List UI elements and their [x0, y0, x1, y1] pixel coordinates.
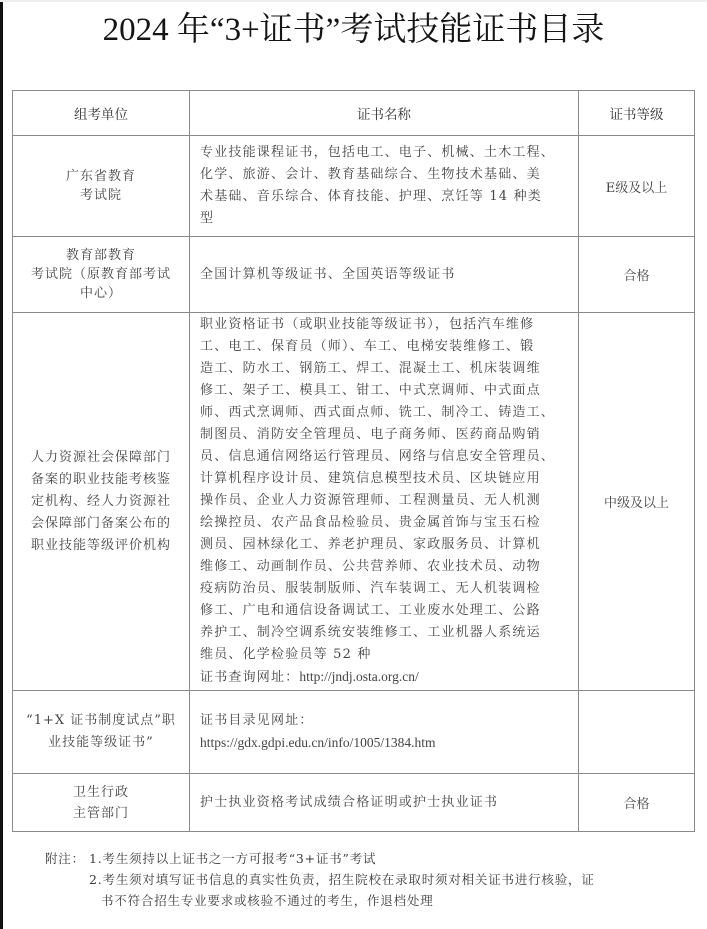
table-row: 广东省教育 考试院 专业技能课程证书，包括电工、电子、机械、土木工程、 化学、旅…: [13, 136, 695, 237]
catalog-link[interactable]: https://gdx.gdpi.edu.cn/info/1005/1384.h…: [200, 732, 570, 754]
certificate-level-cell: [579, 691, 695, 774]
table-header-row: 组考单位 证书名称 证书等级: [13, 91, 695, 136]
header-certificate-level: 证书等级: [579, 91, 695, 136]
table-row: 人力资源社会保障部门 备案的职业技能考核鉴 定机构、经人力资源社 会保障部门备案…: [13, 313, 695, 691]
organizer-cell: “1+X 证书制度试点”职 业技能等级证书”: [13, 691, 190, 774]
certificate-level-cell: 合格: [579, 774, 695, 832]
table-row: “1+X 证书制度试点”职 业技能等级证书” 证书目录见网址： https://…: [13, 691, 695, 774]
certificate-query-link[interactable]: http://jndj.osta.org.cn/: [299, 669, 418, 684]
table-row: 卫生行政 主管部门 护士执业资格考试成绩合格证明或护士执业证书 合格: [13, 774, 695, 832]
table-row: 教育部教育 考试院（原教育部考试 中心） 全国计算机等级证书、全国英语等级证书 …: [13, 237, 695, 313]
certificate-query-line: 证书查询网址：http://jndj.osta.org.cn/: [200, 666, 570, 689]
certificate-level-cell: 中级及以上: [579, 313, 695, 691]
organizer-cell: 教育部教育 考试院（原教育部考试 中心）: [13, 237, 190, 313]
page-title: 2024 年“3+证书”考试技能证书目录: [0, 8, 707, 52]
certificate-level-cell: 合格: [579, 237, 695, 313]
note-item-1: 附注： 1.考生须持以上证书之一方可报考“3+证书”考试: [45, 848, 685, 869]
certificate-name-cell: 证书目录见网址： https://gdx.gdpi.edu.cn/info/10…: [190, 691, 579, 774]
header-certificate-name: 证书名称: [190, 91, 579, 136]
catalog-link-label: 证书目录见网址：: [200, 710, 570, 732]
notes-section: 附注： 1.考生须持以上证书之一方可报考“3+证书”考试 2.考生须对填写证书信…: [45, 848, 685, 911]
note-item-2: 2.考生须对填写证书信息的真实性负责，招生院校在录取时须对相关证书进行核验，证 …: [45, 869, 685, 911]
certificate-name-cell: 职业资格证书（或职业技能等级证书），包括汽车维修 工、电工、保育员（师）、车工、…: [190, 313, 579, 691]
certificate-name-cell: 护士执业资格考试成绩合格证明或护士执业证书: [190, 774, 579, 832]
top-edge-strip: [0, 0, 707, 2]
certificate-name-cell: 全国计算机等级证书、全国英语等级证书: [190, 237, 579, 313]
certificate-catalog-table: 组考单位 证书名称 证书等级 广东省教育 考试院 专业技能课程证书，包括电工、电…: [12, 90, 695, 832]
certificate-query-label: 证书查询网址：: [200, 670, 299, 685]
header-organizer: 组考单位: [13, 91, 190, 136]
organizer-cell: 卫生行政 主管部门: [13, 774, 190, 832]
certificate-name-cell: 专业技能课程证书，包括电工、电子、机械、土木工程、 化学、旅游、会计、教育基础综…: [190, 136, 579, 237]
organizer-cell: 广东省教育 考试院: [13, 136, 190, 237]
notes-label: 附注：: [45, 848, 89, 869]
certificate-level-cell: E级及以上: [579, 136, 695, 237]
left-edge-strip: [0, 0, 3, 929]
organizer-cell: 人力资源社会保障部门 备案的职业技能考核鉴 定机构、经人力资源社 会保障部门备案…: [13, 313, 190, 691]
